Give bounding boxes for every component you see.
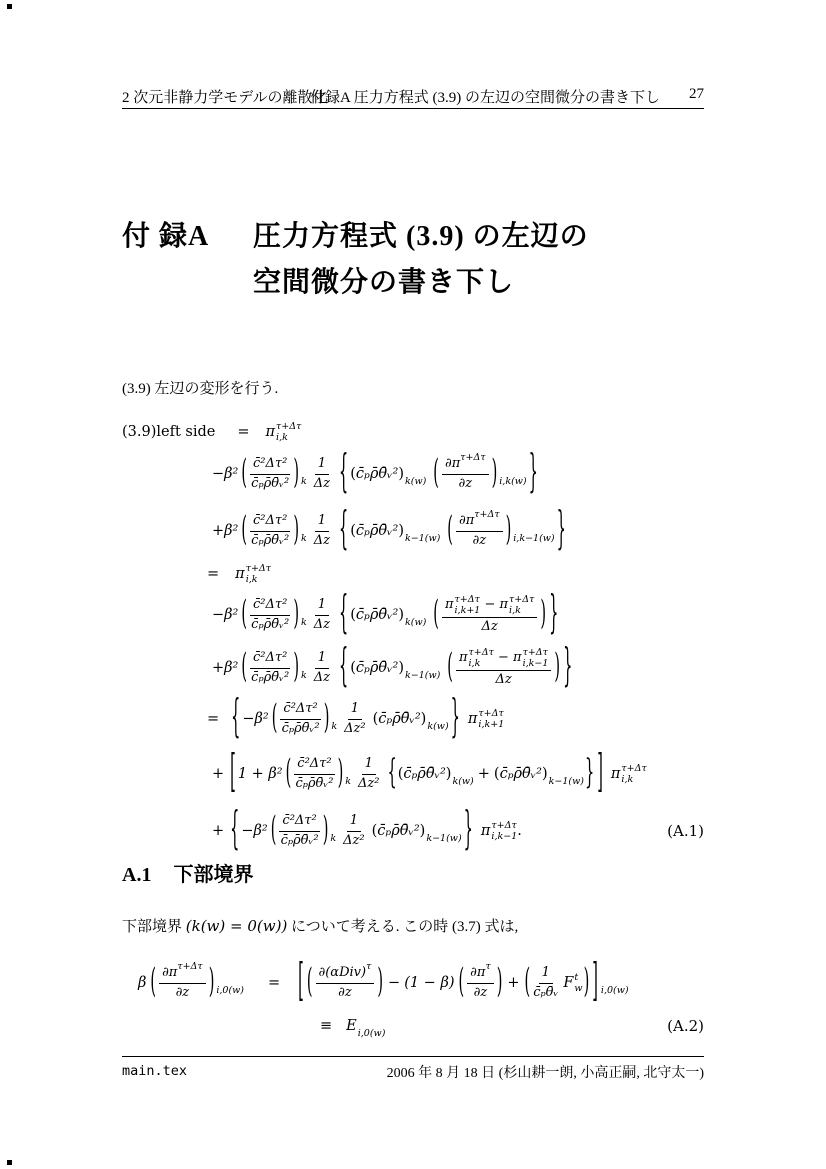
close-delimiter: }: [557, 509, 566, 554]
fraction: ∂πτ+Δτ∂z: [456, 513, 503, 549]
math-token: ∂z: [338, 985, 352, 1001]
section-title: 下部境界: [173, 864, 253, 886]
open-delimiter: (: [447, 651, 453, 685]
math-token: Δz: [482, 619, 498, 635]
equation-a1: (3.9)left side=πτ+Δτi,k−β²(c̄²Δτ²c̄ₚρ̄θ̄…: [122, 418, 704, 858]
section-number: A.1: [122, 864, 151, 886]
numerator: c̄²Δτ²: [250, 513, 290, 531]
math-space: [250, 432, 266, 433]
numerator: 1: [315, 513, 329, 531]
math-token: c̄ₚρ̄θ̄ᵥ²: [356, 466, 398, 482]
stacked-scripts: τ+Δτi,k+1: [478, 709, 504, 731]
equation-row: =πτ+Δτi,k: [122, 560, 704, 588]
math-token: +: [507, 975, 519, 991]
subscript: i,k−1(w): [513, 533, 554, 544]
math-space: [244, 983, 268, 984]
delimited-group: {(c̄ₚρ̄θ̄ᵥ²)k(w)+(c̄ₚρ̄θ̄ᵥ²)k−1(w)}: [386, 766, 595, 782]
math-token: c̄ₚρ̄θ̄ᵥ²: [356, 607, 398, 623]
equation-number: (A.1): [667, 822, 704, 840]
math-space: [336, 831, 341, 832]
corner-mark: [7, 1160, 12, 1165]
math-token: ∂πτ+Δτ∂z: [440, 456, 491, 492]
chapter-label: 付 録A: [122, 214, 209, 254]
numerator: 1: [348, 701, 362, 719]
denominator: Δz: [314, 532, 330, 549]
subscript: k: [301, 476, 307, 487]
math-token: Δz: [314, 617, 330, 633]
fraction: 1Δz²: [343, 813, 364, 849]
math-token: 1: [365, 756, 373, 772]
delimited-group: (∂(αDiv)τ∂z): [306, 965, 384, 1001]
math-token: c̄²Δτ²: [283, 701, 317, 717]
denominator: ∂z: [472, 532, 486, 549]
equation-row: −β²(c̄²Δτ²c̄ₚρ̄θ̄ᵥ²)k1Δz{(c̄ₚρ̄θ̄ᵥ²)k(w)…: [122, 446, 704, 502]
close-delimiter: ): [497, 966, 503, 1000]
math-token: c̄²Δτ²: [253, 650, 287, 666]
math-token: c̄²Δτ²c̄ₚρ̄θ̄ᵥ²: [248, 597, 292, 633]
denominator: c̄ₚρ̄θ̄ᵥ²: [282, 720, 320, 737]
numerator: πτ+Δτi,k+1 − πτ+Δτi,k: [442, 594, 537, 618]
math-token: 1: [351, 701, 359, 717]
numerator: 1: [539, 965, 553, 983]
denominator: Δz²: [358, 775, 379, 792]
open-delimiter: (: [150, 966, 156, 1000]
close-delimiter: ): [584, 966, 590, 1000]
close-delimiter: ): [323, 814, 329, 848]
equation-row: +{−β²(c̄²Δτ²c̄ₚρ̄θ̄ᵥ²)k1Δz²(c̄ₚρ̄θ̄ᵥ²)k−…: [122, 805, 704, 857]
math-token: − π: [494, 650, 522, 666]
delimited-group: {(c̄ₚρ̄θ̄ᵥ²)k(w)(πτ+Δτi,k+1 − πτ+Δτi,kΔz…: [337, 594, 560, 635]
math-space: [307, 668, 312, 669]
math-token: −β²: [212, 607, 238, 623]
denominator: ∂z: [474, 984, 488, 1001]
math-token: πτ+Δτi,k − πτ+Δτi,k−1Δz: [454, 647, 553, 688]
math-token: −β²(c̄²Δτ²c̄ₚρ̄θ̄ᵥ²)k1Δz²(c̄ₚρ̄θ̄ᵥ²)k−1(…: [241, 813, 461, 849]
subscript: i,k−1: [523, 659, 549, 670]
subscript: i,k+1: [478, 720, 504, 731]
running-head-right: 付録A 圧力方程式 (3.9) の左辺の空間微分の書き下し: [310, 86, 660, 107]
denominator: c̄ₚθ̄ᵥ: [533, 984, 558, 1001]
document-page: 2 次元非静力学モデルの離散化 付録A 圧力方程式 (3.9) の左辺の空間微分…: [0, 0, 826, 1169]
open-delimiter: (: [307, 966, 313, 1000]
math-token: c̄²Δτ²: [253, 597, 287, 613]
math-token: c̄ₚρ̄θ̄ᵥ²: [377, 823, 419, 839]
math-token: π: [235, 566, 245, 582]
close-delimiter: }: [563, 646, 572, 691]
close-delimiter: ): [293, 514, 299, 548]
math-token: (c̄ₚρ̄θ̄ᵥ²)k(w)+(c̄ₚρ̄θ̄ᵥ²)k−1(w): [398, 766, 584, 782]
open-delimiter: (: [433, 457, 439, 491]
numerator: c̄²Δτ²: [250, 456, 290, 474]
math-token: =: [207, 711, 219, 727]
math-token: ∂πτ+Δτ∂z: [454, 513, 505, 549]
math-token: ∂πτ+Δτ∂z: [157, 965, 208, 1001]
close-delimiter: ): [420, 824, 426, 839]
math-token: −β²: [241, 823, 267, 839]
denominator: ∂z: [338, 984, 352, 1001]
math-token: Δz²: [343, 833, 364, 849]
fraction: 1Δz: [314, 597, 330, 633]
subscript: i,k: [621, 775, 633, 786]
math-space: [307, 474, 312, 475]
math-token: c̄²Δτ²: [297, 756, 331, 772]
math-token: ∂π: [470, 965, 485, 981]
denominator: Δz: [482, 618, 498, 635]
math-token: (c̄ₚρ̄θ̄ᵥ²)k−1(w)(∂πτ+Δτ∂z)i,k−1(w): [350, 513, 554, 549]
math-token: ∂(αDiv): [319, 965, 367, 981]
corner-mark: [7, 4, 12, 9]
equation-number: (A.2): [667, 1017, 704, 1035]
numerator: c̄²Δτ²: [250, 597, 290, 615]
math-token: c̄ₚρ̄θ̄ᵥ²: [295, 776, 333, 792]
denominator: Δz²: [344, 720, 365, 737]
delimited-group: (∂πτ+Δτ∂z): [149, 965, 215, 1001]
math-token: c̄ₚρ̄θ̄ᵥ²: [356, 466, 398, 482]
open-delimiter: (: [241, 514, 247, 548]
math-token: c̄ₚρ̄θ̄ᵥ²: [403, 766, 445, 782]
chapter-title-line2: 空間微分の書き下し: [253, 260, 514, 300]
close-delimiter: ]: [592, 961, 598, 1006]
close-delimiter: ): [540, 598, 546, 632]
open-delimiter: {: [339, 646, 348, 691]
subscript: i,k(w): [499, 476, 526, 487]
numerator: πτ+Δτi,k − πτ+Δτi,k−1: [456, 647, 551, 671]
math-token: c̄²Δτ²: [253, 513, 287, 529]
subscript: i,0(w): [358, 1028, 386, 1039]
delimited-group: {(c̄ₚρ̄θ̄ᵥ²)k−1(w)(∂πτ+Δτ∂z)i,k−1(w)}: [337, 513, 568, 549]
stacked-scripts: τ+Δτi,k+1: [455, 595, 481, 617]
footer-filename: main.tex: [122, 1063, 187, 1079]
math-token: β: [138, 975, 146, 991]
fraction: πτ+Δτi,k − πτ+Δτi,k−1Δz: [456, 647, 551, 688]
math-token: c̄ₚρ̄θ̄ᵥ²: [378, 711, 420, 727]
denominator: c̄ₚρ̄θ̄ᵥ²: [295, 775, 333, 792]
math-token: 1: [318, 650, 326, 666]
equation-row: β(∂πτ+Δτ∂z)i,0(w)=[(∂(αDiv)τ∂z)−(1 − β)(…: [122, 955, 704, 1011]
math-token: c̄²Δτ²c̄ₚρ̄θ̄ᵥ²: [248, 513, 292, 549]
subscript: k: [345, 776, 351, 787]
math-token: c̄ₚρ̄θ̄ᵥ²: [377, 823, 419, 839]
close-delimiter: ]: [597, 752, 603, 797]
math-space: [332, 1026, 346, 1027]
delimited-group: (πτ+Δτi,k − πτ+Δτi,k−1Δz): [446, 647, 561, 688]
math-token: −: [388, 975, 400, 991]
close-delimiter: }: [585, 757, 594, 791]
delimited-group: (c̄²Δτ²c̄ₚρ̄θ̄ᵥ²): [240, 597, 300, 633]
math-token: Δz²: [344, 721, 365, 737]
superscript: τ: [366, 961, 371, 973]
delimited-group: (1c̄ₚθ̄ᵥFtw): [524, 965, 591, 1001]
subscript: i,0(w): [216, 985, 244, 996]
math-token: =: [237, 424, 249, 440]
stacked-scripts: τ+Δτi,k: [469, 648, 494, 670]
subscript: k: [301, 533, 307, 544]
equation-row: +[1 + β²(c̄²Δτ²c̄ₚρ̄θ̄ᵥ²)k1Δz²{(c̄ₚρ̄θ̄ᵥ…: [122, 744, 704, 804]
math-token: c̄ₚρ̄θ̄ᵥ²: [356, 660, 398, 676]
math-token: (c̄ₚρ̄θ̄ᵥ²)k(w)(∂πτ+Δτ∂z)i,k(w): [350, 456, 526, 492]
math-space: [337, 719, 342, 720]
math-token: (c̄ₚρ̄θ̄ᵥ²)k(w)(πτ+Δτi,k+1 − πτ+Δτi,kΔz): [350, 594, 547, 635]
stacked-scripts: τ+Δτi,k−1: [523, 648, 549, 670]
fraction: c̄²Δτ²c̄ₚρ̄θ̄ᵥ²: [294, 756, 334, 792]
numerator: 1: [315, 650, 329, 668]
math-token: c̄ₚθ̄ᵥ: [533, 985, 558, 1001]
close-delimiter: ): [293, 457, 299, 491]
denominator: c̄ₚρ̄θ̄ᵥ²: [251, 532, 289, 549]
stacked-scripts: tw: [574, 973, 582, 995]
numerator: ∂(αDiv)τ: [316, 965, 375, 983]
stacked-scripts: τ+Δτi,k−1: [491, 821, 517, 843]
denominator: Δz: [496, 671, 512, 688]
delimited-group: (∂πτ∂z): [457, 965, 503, 1001]
math-token: =: [268, 975, 280, 991]
close-delimiter: ): [421, 712, 427, 727]
denominator: Δz: [314, 669, 330, 686]
close-delimiter: }: [529, 452, 538, 497]
close-delimiter: }: [464, 809, 473, 854]
paragraph-text: 下部境界: [122, 919, 186, 935]
math-token: Δz: [314, 533, 330, 549]
math-token: c̄ₚρ̄θ̄ᵥ²: [356, 607, 398, 623]
math-token: c̄ₚρ̄θ̄ᵥ²: [500, 766, 542, 782]
delimited-group: (πτ+Δτi,k+1 − πτ+Δτi,kΔz): [432, 594, 547, 635]
close-delimiter: ): [293, 651, 299, 685]
numerator: 1: [347, 813, 361, 831]
math-token: (∂(αDiv)τ∂z)−(1 − β)(∂πτ∂z)+(1c̄ₚθ̄ᵥFtw): [306, 965, 590, 1001]
close-delimiter: ): [398, 608, 404, 623]
close-delimiter: ): [338, 757, 344, 791]
open-delimiter: (: [241, 457, 247, 491]
page-number: 27: [689, 86, 704, 103]
math-token: 1: [318, 597, 326, 613]
footer-date-authors: 2006 年 8 月 18 日 (杉山耕一朗, 小高正嗣, 北守太一): [387, 1062, 704, 1082]
close-delimiter: }: [451, 697, 460, 742]
section-heading: A.1下部境界: [122, 858, 253, 887]
delimited-group: (c̄ₚρ̄θ̄ᵥ²): [373, 711, 427, 727]
fraction: πτ+Δτi,k+1 − πτ+Δτi,kΔz: [442, 594, 537, 635]
math-token: c̄ₚρ̄θ̄ᵥ²: [356, 523, 398, 539]
open-delimiter: [: [230, 752, 236, 797]
math-token: .: [517, 823, 522, 839]
delimited-group: (c̄ₚρ̄θ̄ᵥ²): [350, 523, 404, 539]
fraction: c̄²Δτ²c̄ₚρ̄θ̄ᵥ²: [279, 813, 319, 849]
fraction: c̄²Δτ²c̄ₚρ̄θ̄ᵥ²: [250, 513, 290, 549]
fraction: ∂πτ+Δτ∂z: [442, 456, 489, 492]
open-delimiter: (: [525, 966, 531, 1000]
math-token: 1: [542, 965, 550, 981]
close-delimiter: ): [324, 702, 330, 736]
math-token: ∂π: [459, 513, 474, 529]
fraction: 1Δz: [314, 513, 330, 549]
equation-row: ≡Ei,0(w)(A.2): [122, 1012, 704, 1040]
math-token: 1: [318, 513, 326, 529]
subscript: i,k−1: [491, 832, 517, 843]
subscript: k−1(w): [405, 533, 440, 544]
math-token: c̄²Δτ²: [253, 456, 287, 472]
stacked-scripts: τ+Δτi,k: [621, 764, 646, 786]
close-delimiter: ): [377, 966, 383, 1000]
math-space: [219, 574, 235, 575]
math-token: c̄ₚρ̄θ̄ᵥ²: [251, 476, 289, 492]
superscript: τ: [485, 961, 490, 973]
math-token: Δz: [496, 672, 512, 688]
math-token: c̄ₚρ̄θ̄ᵥ²: [251, 533, 289, 549]
delimited-group: (c̄²Δτ²c̄ₚρ̄θ̄ᵥ²): [240, 456, 300, 492]
open-delimiter: (: [272, 702, 278, 736]
math-token: c̄ₚρ̄θ̄ᵥ²: [378, 711, 420, 727]
delimited-group: (c̄ₚρ̄θ̄ᵥ²): [350, 466, 404, 482]
math-token: E: [346, 1018, 357, 1034]
subscript: k−1(w): [549, 776, 584, 787]
delimited-group: (c̄²Δτ²c̄ₚρ̄θ̄ᵥ²): [285, 756, 345, 792]
denominator: c̄ₚρ̄θ̄ᵥ²: [281, 832, 319, 849]
open-delimiter: {: [339, 593, 348, 638]
open-delimiter: {: [387, 757, 396, 791]
delimited-group: {(c̄ₚρ̄θ̄ᵥ²)k−1(w)(πτ+Δτi,k − πτ+Δτi,k−1…: [337, 647, 574, 688]
math-token: (3.9)left side: [122, 424, 215, 440]
math-token: c̄ₚρ̄θ̄ᵥ²: [500, 766, 542, 782]
equation-row: −β²(c̄²Δτ²c̄ₚρ̄θ̄ᵥ²)k1Δz{(c̄ₚρ̄θ̄ᵥ²)k(w)…: [122, 589, 704, 641]
math-token: ≡: [320, 1018, 332, 1034]
equation-a2: β(∂πτ+Δτ∂z)i,0(w)=[(∂(αDiv)τ∂z)−(1 − β)(…: [122, 954, 704, 1041]
close-delimiter: ): [293, 598, 299, 632]
subscript: k(w): [427, 721, 448, 732]
close-delimiter: ): [398, 524, 404, 539]
math-token: c̄ₚρ̄θ̄ᵥ²: [281, 833, 319, 849]
fraction: c̄²Δτ²c̄ₚρ̄θ̄ᵥ²: [250, 650, 290, 686]
intro-paragraph: (3.9) 左辺の変形を行う.: [122, 377, 278, 398]
math-token: +: [212, 766, 224, 782]
close-delimiter: ): [209, 966, 215, 1000]
denominator: ∂z: [458, 475, 472, 492]
equation-row: +β²(c̄²Δτ²c̄ₚρ̄θ̄ᵥ²)k1Δz{(c̄ₚρ̄θ̄ᵥ²)k−1(…: [122, 642, 704, 694]
delimited-group: (c̄ₚρ̄θ̄ᵥ²): [494, 766, 548, 782]
open-delimiter: (: [433, 598, 439, 632]
subscript: k: [301, 670, 307, 681]
math-token: c̄ₚρ̄θ̄ᵥ²: [356, 660, 398, 676]
numerator: 1: [315, 456, 329, 474]
denominator: c̄ₚρ̄θ̄ᵥ²: [251, 475, 289, 492]
open-delimiter: (: [241, 598, 247, 632]
numerator: 1: [315, 597, 329, 615]
math-token: π: [445, 597, 454, 613]
fraction: 1c̄ₚθ̄ᵥ: [533, 965, 558, 1001]
delimited-group: (c̄²Δτ²c̄ₚρ̄θ̄ᵥ²): [240, 513, 300, 549]
delimited-group: (∂πτ+Δτ∂z): [432, 456, 498, 492]
math-token: π: [468, 711, 478, 727]
close-delimiter: ): [398, 467, 404, 482]
math-token: c̄ₚρ̄θ̄ᵥ²: [251, 670, 289, 686]
math-token: ∂π: [445, 456, 460, 472]
subscript: i,0(w): [601, 985, 629, 996]
fraction: 1Δz²: [358, 756, 379, 792]
numerator: 1: [362, 756, 376, 774]
numerator: c̄²Δτ²: [294, 756, 334, 774]
delimited-group: [1 + β²(c̄²Δτ²c̄ₚρ̄θ̄ᵥ²)k1Δz²{(c̄ₚρ̄θ̄ᵥ²…: [228, 756, 605, 792]
math-token: c̄²Δτ²c̄ₚρ̄θ̄ᵥ²: [278, 701, 322, 737]
math-token: π: [266, 424, 276, 440]
math-token: =: [207, 566, 219, 582]
superscript: τ+Δτ: [460, 452, 485, 464]
math-token: π: [481, 823, 491, 839]
math-token: 1c̄ₚθ̄ᵥFtw: [531, 965, 582, 1001]
math-token: −β²: [212, 466, 238, 482]
math-token: Δz: [314, 670, 330, 686]
delimited-group: (c̄ₚρ̄θ̄ᵥ²): [350, 607, 404, 623]
inline-math: (k(w) = 0(w)): [186, 917, 288, 935]
math-space: [219, 719, 229, 720]
fraction: c̄²Δτ²c̄ₚρ̄θ̄ᵥ²: [250, 456, 290, 492]
open-delimiter: (: [458, 966, 464, 1000]
delimited-group: (c̄ₚρ̄θ̄ᵥ²): [372, 823, 426, 839]
math-token: (c̄ₚρ̄θ̄ᵥ²)k−1(w)(πτ+Δτi,k − πτ+Δτi,k−1Δ…: [350, 647, 561, 688]
open-delimiter: [: [298, 961, 304, 1006]
open-delimiter: (: [286, 757, 292, 791]
math-space: [280, 983, 296, 984]
close-delimiter: ): [542, 767, 548, 782]
denominator: c̄ₚρ̄θ̄ᵥ²: [251, 669, 289, 686]
chapter-title-line1: 圧力方程式 (3.9) の左辺の: [253, 214, 589, 254]
math-token: +β²: [212, 523, 238, 539]
fraction: ∂(αDiv)τ∂z: [316, 965, 375, 1001]
delimited-group: (∂πτ+Δτ∂z): [446, 513, 512, 549]
subscript: k−1(w): [426, 833, 461, 844]
math-token: +β²: [212, 660, 238, 676]
open-delimiter: {: [230, 809, 239, 854]
boundary-paragraph: 下部境界 (k(w) = 0(w)) について考える. この時 (3.7) 式は…: [122, 915, 518, 936]
close-delimiter: ): [506, 514, 512, 548]
math-token: c̄ₚρ̄θ̄ᵥ²: [251, 617, 289, 633]
numerator: c̄²Δτ²: [279, 813, 319, 831]
math-token: πτ+Δτi,k+1 − πτ+Δτi,kΔz: [440, 594, 539, 635]
math-token: ∂z: [458, 476, 472, 492]
equation-row: (3.9)left side=πτ+Δτi,k: [122, 419, 704, 445]
close-delimiter: }: [549, 593, 558, 638]
open-delimiter: {: [231, 697, 240, 742]
math-token: 1: [318, 456, 326, 472]
subscript: k−1(w): [405, 670, 440, 681]
delimited-group: (c̄ₚρ̄θ̄ᵥ²): [398, 766, 452, 782]
subscript: i,k: [509, 606, 521, 617]
math-token: F: [563, 975, 573, 991]
math-token: c̄ₚρ̄θ̄ᵥ²: [282, 721, 320, 737]
equation-row: +β²(c̄²Δτ²c̄ₚρ̄θ̄ᵥ²)k1Δz{(c̄ₚρ̄θ̄ᵥ²)k−1(…: [122, 503, 704, 559]
superscript: τ+Δτ: [474, 509, 499, 521]
stacked-scripts: τ+Δτi,k: [509, 595, 534, 617]
delimited-group: (c̄²Δτ²c̄ₚρ̄θ̄ᵥ²): [240, 650, 300, 686]
math-token: c̄ₚρ̄θ̄ᵥ²: [356, 523, 398, 539]
open-delimiter: (: [447, 514, 453, 548]
fraction: 1Δz²: [344, 701, 365, 737]
close-delimiter: ): [446, 767, 452, 782]
numerator: c̄²Δτ²: [280, 701, 320, 719]
math-token: +: [212, 823, 224, 839]
subscript: i,k+1: [455, 606, 481, 617]
open-delimiter: (: [271, 814, 277, 848]
math-token: c̄²Δτ²c̄ₚρ̄θ̄ᵥ²: [277, 813, 321, 849]
fraction: 1Δz: [314, 456, 330, 492]
subscript: w: [574, 984, 582, 995]
delimited-group: {−β²(c̄²Δτ²c̄ₚρ̄θ̄ᵥ²)k1Δz²(c̄ₚρ̄θ̄ᵥ²)k(w…: [229, 701, 462, 737]
delimited-group: (c̄²Δτ²c̄ₚρ̄θ̄ᵥ²): [270, 813, 330, 849]
header-rule: [122, 108, 704, 109]
math-token: Δz²: [358, 776, 379, 792]
math-token: c̄²Δτ²c̄ₚρ̄θ̄ᵥ²: [248, 456, 292, 492]
subscript: k(w): [405, 476, 426, 487]
fraction: c̄²Δτ²c̄ₚρ̄θ̄ᵥ²: [280, 701, 320, 737]
fraction: 1Δz: [314, 650, 330, 686]
math-token: ∂πτ∂z: [465, 965, 496, 1001]
